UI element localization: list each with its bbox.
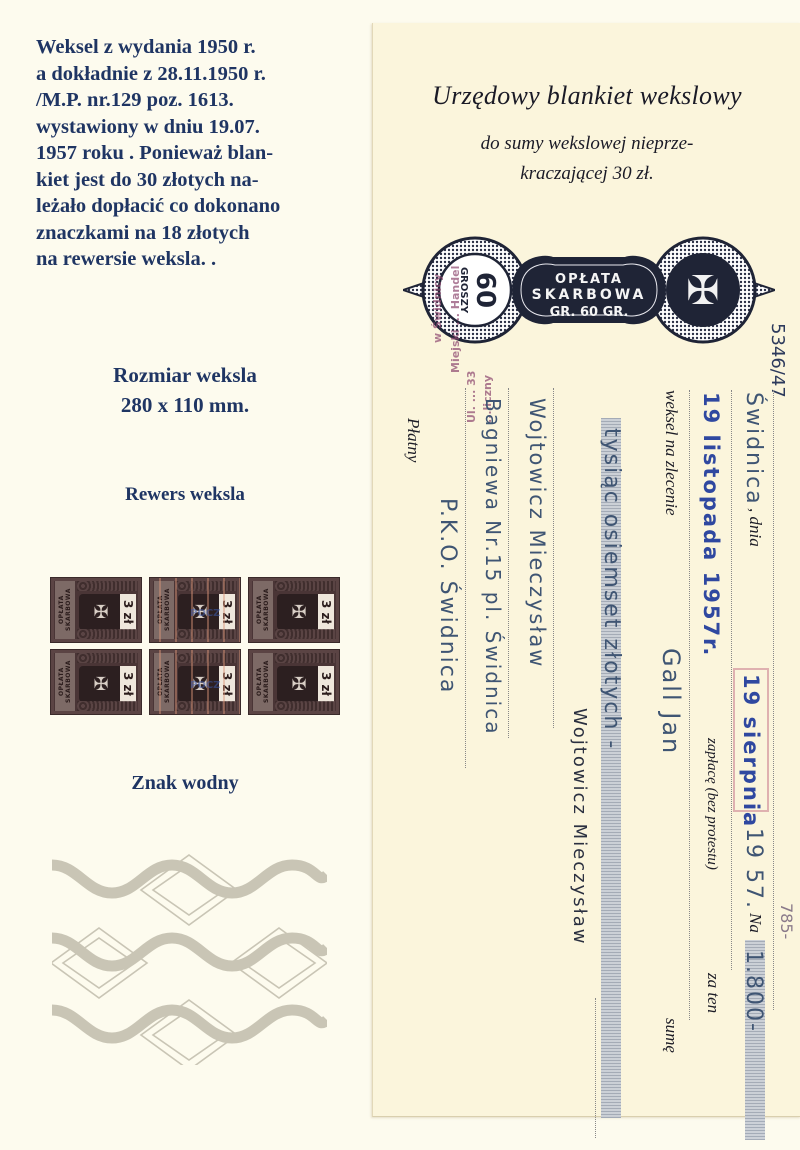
amount-value: 1.800- — [741, 950, 766, 1033]
reverse-stamp: OPŁATA SKARBOWA✠3 zł — [50, 577, 142, 643]
za-ten-label: za ten — [703, 973, 723, 1013]
bill-of-exchange: Urzędowy blankiet wekslowy do sumy weksl… — [372, 23, 800, 1117]
form-line — [595, 998, 596, 1138]
eagle-icon: ✠ — [277, 594, 321, 630]
stamp-value: 3 zł — [219, 666, 235, 702]
stamp-ornament — [77, 581, 137, 591]
form-line — [731, 390, 732, 970]
amount-prefix: Na — [745, 913, 765, 933]
purple-stamp-line: Miejski ... Handel — [449, 213, 463, 373]
intro-line: wystawiony w dniu 19.07. — [36, 114, 376, 141]
stamp-ornament — [77, 653, 137, 663]
payable-at: P.K.O. Świdnica — [435, 498, 460, 694]
postmark-text: POCZ — [190, 608, 220, 619]
watermark-pattern — [52, 845, 327, 1065]
drawer-address: Bagniewa Nr.15 pl. Świdnica — [481, 398, 505, 735]
amount-in-words: tysiąc osiemset złotych - — [599, 428, 624, 750]
intro-line: /M.P. nr.129 poz. 1613. — [36, 87, 376, 114]
size-title: Rozmiar weksla — [0, 362, 370, 389]
order-label: weksel na zlecenie — [661, 390, 681, 516]
place-handwritten: Świdnica — [741, 392, 766, 506]
stamp-ornament — [275, 581, 335, 591]
stamp-ornament — [275, 629, 335, 639]
eagle-icon: ✠ — [79, 666, 123, 702]
payee-name: Gall Jan — [657, 648, 685, 755]
intro-line: a dokładnie z 28.11.1950 r. — [36, 61, 376, 88]
stamp-ornament — [275, 701, 335, 711]
stamp-ornament — [77, 701, 137, 711]
bill-subtitle-line2: kraczającej 30 zł. — [373, 163, 800, 185]
form-line — [773, 390, 774, 1010]
intro-line: Weksel z wydania 1950 r. — [36, 34, 376, 61]
reverse-stamp: OPŁATA SKARBOWA✠3 zł — [50, 649, 142, 715]
stamp-side-label: OPŁATA SKARBOWA — [154, 653, 174, 711]
intro-line: znaczkami na 18 złotych — [36, 220, 376, 247]
due-date: 19 listopada 1957r. — [699, 392, 723, 657]
stamp-value: 3 zł — [120, 594, 136, 630]
reverse-stamp: OPŁATA SKARBOWA✠3 złPOCZ — [149, 649, 241, 715]
form-line — [508, 388, 509, 738]
bill-title: Urzędowy blankiet wekslowy — [373, 81, 800, 111]
intro-line: kiet jest do 30 złotych na- — [36, 167, 376, 194]
form-line — [553, 388, 554, 728]
eagle-icon: ✠ — [79, 594, 123, 630]
reverse-stamp: OPŁATA SKARBOWA✠3 zł — [248, 649, 340, 715]
stamp-ornament — [77, 629, 137, 639]
stamp-side-label: OPŁATA SKARBOWA — [253, 581, 273, 639]
pay-label: zapłacę (bez protestu) — [703, 738, 720, 870]
reverse-stamp: OPŁATA SKARBOWA✠3 złPOCZ — [149, 577, 241, 643]
form-line — [689, 390, 690, 1020]
intro-line: na rewersie weksla. . — [36, 246, 376, 273]
revenue-stamp-header: OPŁATA — [555, 272, 623, 287]
stamp-ornament — [176, 629, 236, 639]
stamp-ornament — [176, 701, 236, 711]
payable-label: Płatny — [403, 418, 423, 462]
stamp-value: 3 zł — [219, 594, 235, 630]
intro-line: 1957 roku . Ponieważ blan- — [36, 140, 376, 167]
bill-form: Świdnica , dnia 19 sierpnia 19 57. Na 1.… — [373, 378, 800, 1118]
sum-label: sumę — [661, 1018, 681, 1053]
stamp-side-label: OPŁATA SKARBOWA — [55, 653, 75, 711]
revenue-stamp-subheader: SKARBOWA — [532, 287, 647, 303]
eagle-icon: ✠ — [277, 666, 321, 702]
revenue-stamp-value: GR. 60 GR. — [550, 305, 629, 320]
form-line — [465, 388, 466, 768]
stamp-side-label: OPŁATA SKARBOWA — [154, 581, 174, 639]
stamp-side-label: OPŁATA SKARBOWA — [55, 581, 75, 639]
drawer-signature: Wojtowicz Mieczysław — [569, 708, 590, 945]
purple-stamp-line: w Świdnicy — [431, 193, 445, 343]
postmark-text: POCZ — [190, 680, 220, 691]
date-label: , dnia — [745, 508, 765, 547]
svg-text:✠: ✠ — [686, 268, 720, 314]
issue-year: 19 57. — [741, 828, 766, 910]
stamp-value: 3 zł — [318, 666, 334, 702]
pencil-note: 785- — [777, 903, 796, 939]
intro-text: Weksel z wydania 1950 r. a dokładnie z 2… — [36, 34, 376, 273]
issue-date: 19 sierpnia — [739, 674, 763, 828]
reverse-title: Rewers weksla — [0, 484, 370, 506]
stamp-value: 3 zł — [120, 666, 136, 702]
stamp-ornament — [275, 653, 335, 663]
stamp-ornament — [176, 581, 236, 591]
drawer-name: Wojtowicz Mieczysław — [525, 398, 549, 668]
stamp-ornament — [176, 653, 236, 663]
caption-column: Weksel z wydania 1950 r. a dokładnie z 2… — [0, 0, 370, 1150]
reverse-stamp: OPŁATA SKARBOWA✠3 zł — [248, 577, 340, 643]
intro-line: leżało dopłacić co dokonano — [36, 193, 376, 220]
stamp-side-label: OPŁATA SKARBOWA — [253, 653, 273, 711]
reverse-stamps-block: OPŁATA SKARBOWA✠3 złOPŁATA SKARBOWA✠3 zł… — [50, 577, 345, 719]
stamp-value: 3 zł — [318, 594, 334, 630]
watermark-title: Znak wodny — [0, 772, 370, 795]
size-value: 280 x 110 mm. — [0, 392, 370, 419]
bill-subtitle-line1: do sumy wekslowej nieprze- — [373, 133, 800, 155]
